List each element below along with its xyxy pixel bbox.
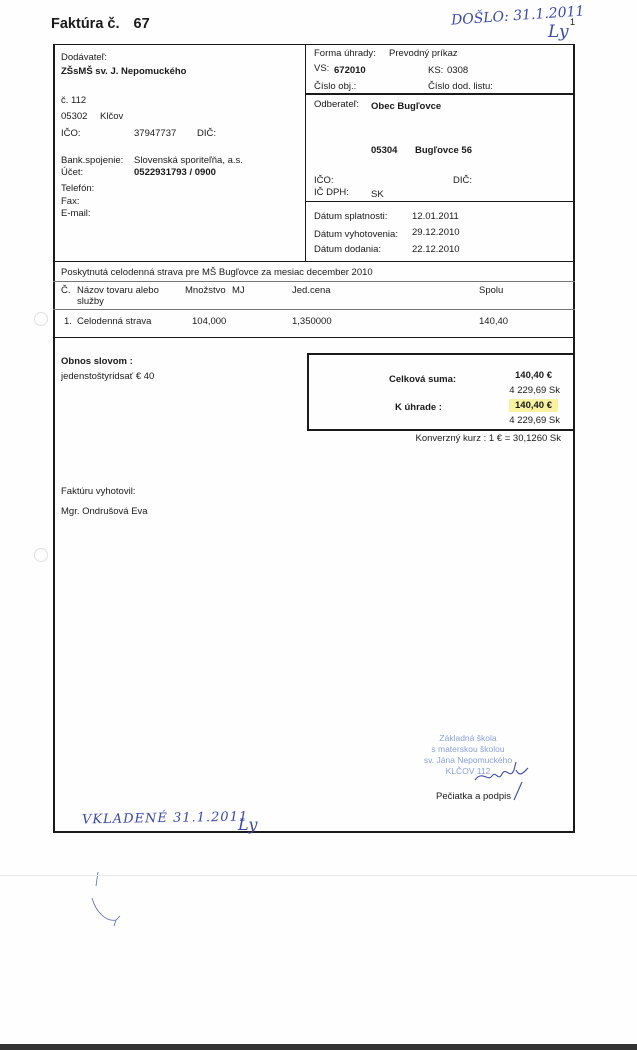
amount-due-eur: 140,40 € (509, 399, 558, 412)
page-number: 1 (570, 17, 575, 27)
col-header-no: Č. (61, 285, 71, 296)
total-eur: 140,40 € (515, 370, 552, 381)
total-label: Celková suma: (389, 374, 456, 385)
supplier-account-label: Účet: (61, 167, 83, 178)
issuer-label: Faktúru vyhotovil: (61, 486, 135, 497)
supplier-street: č. 112 (61, 95, 86, 106)
col-header-unit: MJ (232, 285, 245, 296)
issue-date: 29.12.2010 (412, 227, 460, 238)
supplier-name: ZŠsMŠ sv. J. Nepomuckého (61, 66, 186, 77)
supplier-dic-label: DIČ: (197, 128, 216, 139)
delivery-date-label: Dátum dodania: (314, 244, 381, 255)
payment-method: Prevodný príkaz (389, 48, 458, 59)
customer-box-top (305, 93, 574, 95)
supplier-phone-label: Telefón: (61, 183, 94, 194)
handwritten-entered-note: VKLADENÉ 31.1.2011 (82, 810, 248, 828)
description-top-line (53, 261, 575, 262)
supplier-city: Klčov (100, 111, 123, 122)
handwritten-signature-top: Ly (548, 22, 569, 42)
customer-icdph: SK (371, 189, 384, 200)
in-words-value: jedenstoštyridsať € 40 (61, 371, 154, 382)
invoice-title: Faktúra č.67 (51, 16, 150, 32)
customer-box-bottom (305, 201, 574, 202)
supplier-label: Dodávateľ: (61, 52, 107, 63)
handwritten-signature-bottom: Ly (238, 815, 257, 834)
column-divider (305, 44, 306, 261)
issuer-name: Mgr. Ondrušová Eva (61, 506, 148, 517)
supplier-bank: Slovenská sporiteľňa, a.s. (134, 155, 243, 166)
col-header-name-2: služby (77, 296, 104, 307)
row-no: 1. (64, 316, 72, 327)
customer-name: Obec Bugľovce (371, 101, 441, 112)
customer-zip: 05304 (371, 145, 397, 156)
vs-label: VS: (314, 63, 329, 74)
customer-ico-label: IČO: (314, 175, 334, 186)
supplier-fax-label: Fax: (61, 196, 79, 207)
payment-method-label: Forma úhrady: (314, 48, 376, 59)
col-header-unit-price: Jed.cena (292, 285, 331, 296)
customer-address: Bugľovce 56 (415, 145, 472, 156)
row-name: Celodenná strava (77, 316, 151, 327)
pen-mark (88, 870, 128, 940)
stamp-signature-label: Pečiatka a podpis (436, 791, 511, 802)
ks-label: KS: (428, 65, 443, 76)
issue-date-label: Dátum vyhotovenia: (314, 229, 398, 240)
scan-bottom-band (0, 1044, 637, 1050)
col-header-qty: Množstvo (185, 285, 226, 296)
punch-hole-bottom (34, 548, 48, 562)
customer-icdph-label: IČ DPH: (314, 187, 349, 198)
col-header-total: Spolu (479, 285, 503, 296)
punch-hole-top (34, 312, 48, 326)
supplier-account: 0522931793 / 0900 (134, 167, 216, 178)
description-bottom-line (53, 281, 575, 282)
col-header-name: Názov tovaru alebo (77, 285, 159, 296)
invoice-number: 67 (134, 16, 150, 32)
amount-due-label: K úhrade : (395, 402, 442, 413)
row-total: 140,40 (479, 316, 508, 327)
delivery-note-label: Číslo dod. listu: (428, 81, 493, 92)
supplier-ico: 37947737 (134, 128, 176, 139)
table-bottom-line (53, 337, 575, 338)
frame-right (573, 44, 575, 832)
supplier-bank-label: Bank.spojenie: (61, 155, 123, 166)
conversion-rate: Konverzný kurz : 1 € = 30,1260 Sk (416, 433, 562, 444)
row-unit-price: 1,350000 (292, 316, 332, 327)
in-words-label: Obnos slovom : (61, 356, 133, 367)
supplier-ico-label: IČO: (61, 128, 81, 139)
total-sk: 4 229,69 Sk (509, 385, 560, 396)
due-date-label: Dátum splatnosti: (314, 211, 387, 222)
due-date: 12.01.2011 (412, 211, 459, 222)
stamp-line-1: Základná škola (418, 733, 518, 744)
frame-top (53, 44, 575, 45)
customer-label: Odberateľ: (314, 99, 359, 110)
invoice-description: Poskytnutá celodenná strava pre MŠ Bugľo… (61, 267, 373, 278)
amount-due-sk: 4 229,69 Sk (509, 415, 560, 426)
paper-edge (0, 875, 637, 876)
ks-value: 0308 (447, 65, 468, 76)
supplier-zip: 05302 (61, 111, 87, 122)
delivery-date: 22.12.2010 (412, 244, 460, 255)
order-number-label: Číslo obj.: (314, 81, 356, 92)
invoice-title-label: Faktúra č. (51, 16, 120, 32)
frame-left (53, 44, 55, 832)
customer-dic-label: DIČ: (453, 175, 472, 186)
row-qty: 104,000 (192, 316, 226, 327)
table-header-line (53, 309, 575, 310)
supplier-email-label: E-mail: (61, 208, 91, 219)
frame-bottom (53, 831, 575, 833)
vs-value: 672010 (334, 65, 366, 76)
